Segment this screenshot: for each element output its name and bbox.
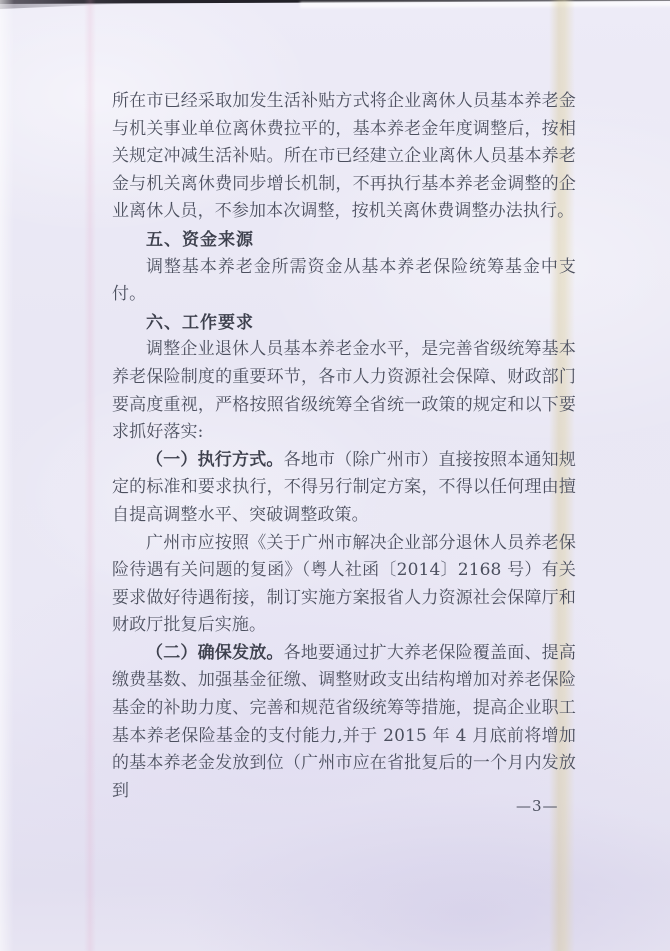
page-number: —3— [516, 797, 559, 815]
scan-left-edge-highlight [0, 0, 14, 951]
paragraph-funding: 调整基本养老金所需资金从基本养老保险统筹基金中支付。 [112, 254, 576, 309]
item-1-label: （一）执行方式。 [146, 450, 284, 470]
item-2-label: （二）确保发放。 [146, 643, 284, 663]
section-heading-funding-source: 五、资金来源 [112, 226, 576, 254]
section-heading-work-requirements: 六、工作要求 [112, 309, 576, 337]
paragraph-guangzhou: 广州市应按照《关于广州市解决企业部分退休人员养老保险待遇有关问题的复函》（粤人社… [112, 530, 576, 640]
paragraph-continuation: 所在市已经采取加发生活补贴方式将企业离休人员基本养老金与机关事业单位离休费拉平的… [112, 88, 576, 226]
scan-corner-shadow-artifact [0, 0, 160, 9]
scan-pink-streak-artifact [84, 0, 96, 951]
item-2-text: 各地要通过扩大养老保险覆盖面、提高缴费基数、加强基金征缴、调整财政支出结构增加对… [112, 643, 576, 801]
paragraph-item-2: （二）确保发放。各地要通过扩大养老保险覆盖面、提高缴费基数、加强基金征缴、调整财… [112, 640, 576, 806]
paragraph-requirement-intro: 调整企业退休人员基本养老金水平，是完善省级统筹基本养老保险制度的重要环节，各市人… [112, 336, 576, 446]
paragraph-item-1: （一）执行方式。各地市（除广州市）直接按照本通知规定的标准和要求执行，不得另行制… [112, 447, 576, 530]
document-body: 所在市已经采取加发生活补贴方式将企业离休人员基本养老金与机关事业单位离休费拉平的… [112, 88, 576, 805]
scanned-document-page: 所在市已经采取加发生活补贴方式将企业离休人员基本养老金与机关事业单位离休费拉平的… [0, 0, 670, 951]
scan-edge-highlight-artifact [300, 0, 670, 8]
